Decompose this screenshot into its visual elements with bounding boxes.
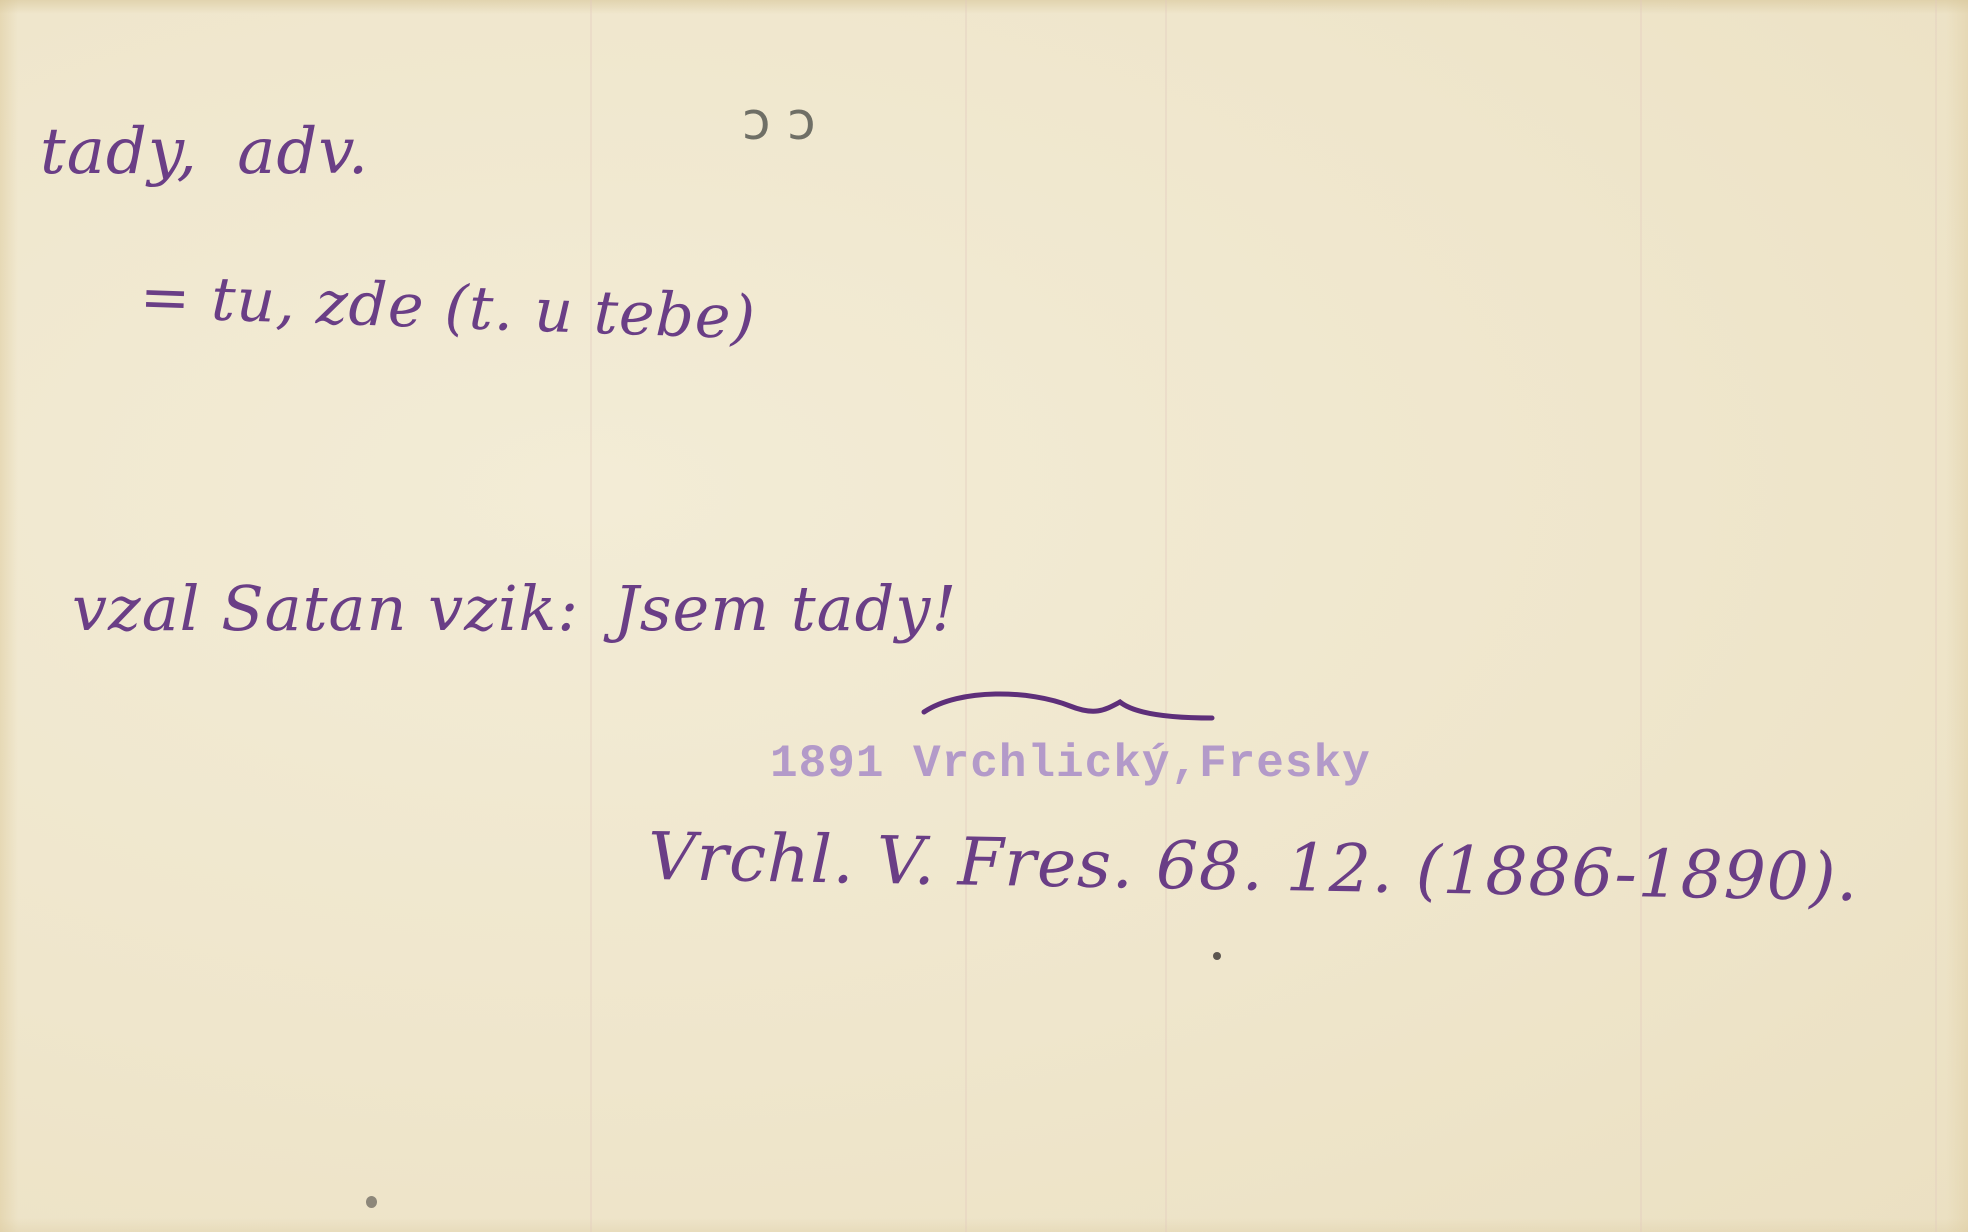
definition: = tu, zde (t. u tebe) <box>139 262 757 353</box>
headword-underline <box>920 680 1220 730</box>
ink-speck <box>1213 952 1221 960</box>
paper-fold-line <box>965 0 967 1232</box>
pencil-mark: ɔ ɔ <box>742 92 816 152</box>
example-quote: Jsem tady! <box>614 572 957 645</box>
headword-line: tady, adv. <box>40 115 369 189</box>
example-sentence: vzal Satan vzik: Jsem tady! <box>72 572 957 645</box>
headword-comma: , <box>177 115 198 189</box>
paper-fold-line <box>1935 0 1937 1232</box>
dictionary-slip: ɔ ɔ tady, adv. = tu, zde (t. u tebe) vza… <box>0 0 1968 1232</box>
paper-fold-line <box>1640 0 1642 1232</box>
headword: tady <box>40 115 177 189</box>
source-stamp: 1891 Vrchlický,Fresky <box>770 738 1371 790</box>
citation: Vrchl. V. Fres. 68. 12. (1886-1890). <box>647 818 1859 916</box>
ink-speck <box>366 1196 377 1208</box>
example-context: vzal Satan vzik: <box>72 572 579 645</box>
paper-fold-line <box>1165 0 1167 1232</box>
grammar-label: adv. <box>237 115 369 189</box>
